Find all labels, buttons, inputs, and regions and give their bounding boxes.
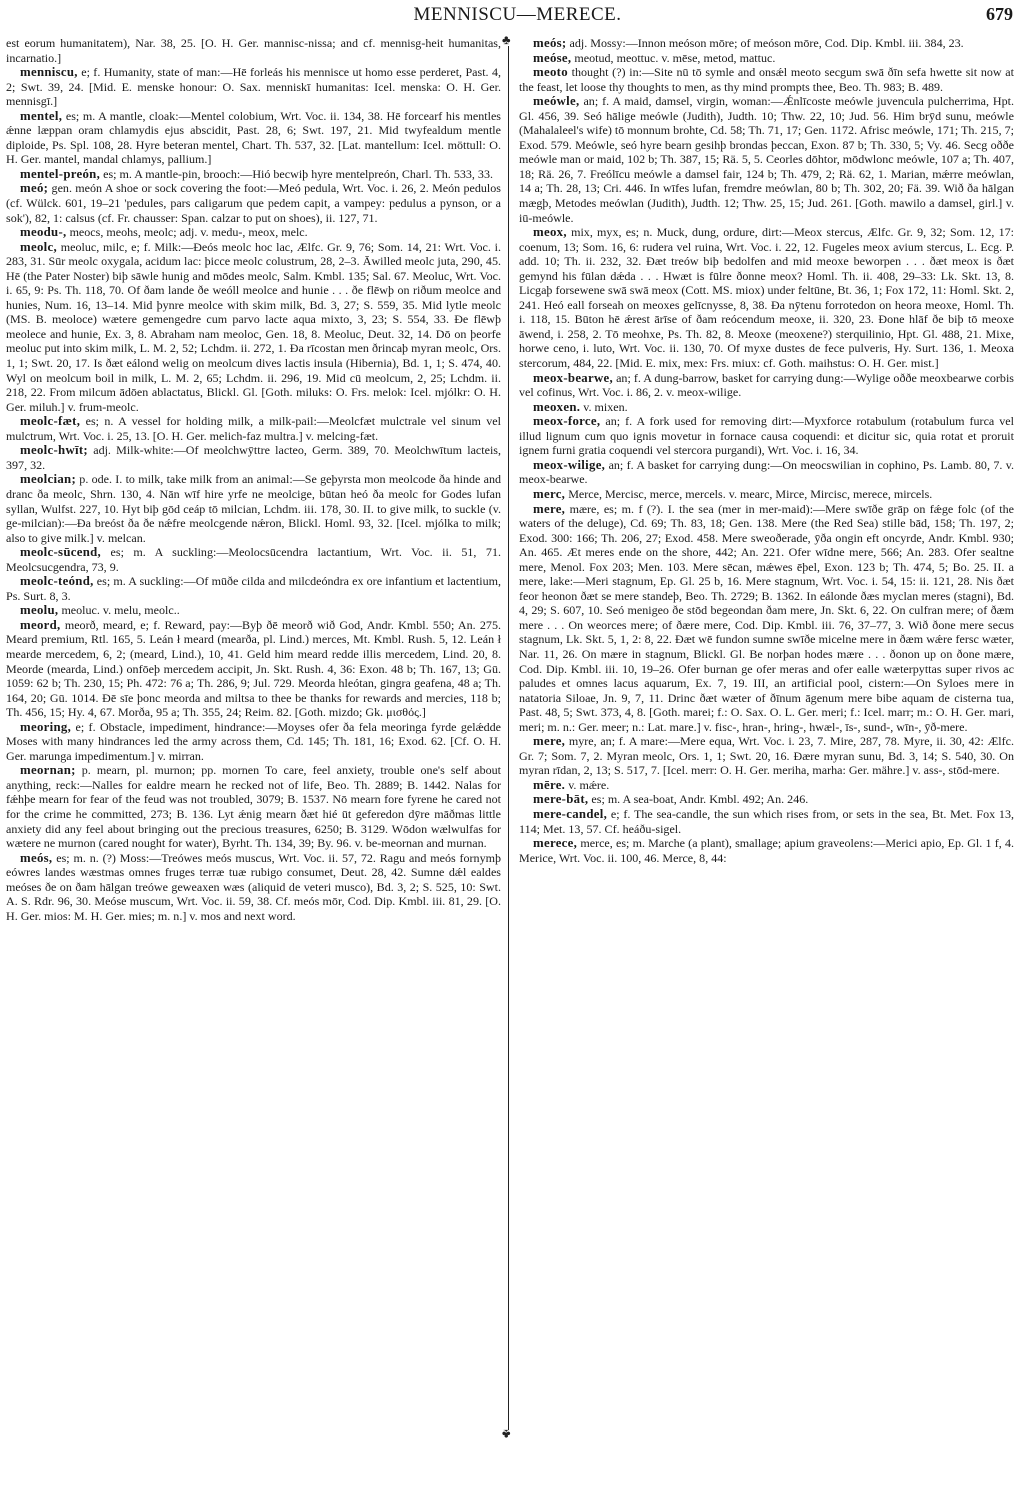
dictionary-entry: mere, myre, an; f. A mare:—Mere equa, Wr… <box>519 734 1014 778</box>
headword: meolu, <box>20 603 58 617</box>
entry-definition: an; f. A maid, damsel, virgin, woman:—Ǽn… <box>519 94 1014 224</box>
headword: merc, <box>533 487 565 501</box>
dictionary-entry: meolcian; p. ode. I. to milk, take milk … <box>6 472 501 545</box>
entry-definition: es; m. A mantle-pin, brooch:—Hió becwiþ … <box>103 167 493 181</box>
entry-definition: es; n. A vessel for holding milk, a milk… <box>6 414 501 443</box>
dictionary-entry: meox-wilige, an; f. A basket for carryin… <box>519 458 1014 487</box>
dictionary-entry: mere-bāt, es; m. A sea-boat, Andr. Kmbl.… <box>519 792 1014 807</box>
left-column: est eorum humanitatem), Nar. 38, 25. [O.… <box>6 36 501 923</box>
entry-definition: es; m. A mantle, cloak:—Mentel colobium,… <box>6 109 501 167</box>
entry-definition: p. ode. I. to milk, take milk from an an… <box>6 472 501 544</box>
entry-definition: e; f. Obstacle, impediment, hindrance:—M… <box>6 720 501 763</box>
headword: meox-wilige, <box>533 458 605 472</box>
dictionary-entry: meós; adj. Mossy:—Innon meóson mōre; of … <box>519 36 1014 51</box>
headword: meóse, <box>533 51 571 65</box>
dictionary-entry: meós, es; m. n. (?) Moss:—Treówes meós m… <box>6 851 501 924</box>
entry-definition: adj. Mossy:—Innon meóson mōre; of meóson… <box>570 36 964 50</box>
headword: meolcian; <box>20 472 76 486</box>
entry-definition: es; m. A sea-boat, Andr. Kmbl. 492; An. … <box>591 792 808 806</box>
entry-definition: mære, es; m. f (?). I. the sea (mer in m… <box>519 502 1014 734</box>
entry-definition: p. mearn, pl. murnon; pp. mornen To care… <box>6 763 501 850</box>
headword: meord, <box>20 618 61 632</box>
entry-definition: thought (?) in:—Site nū tō symle and ons… <box>519 65 1014 94</box>
dictionary-entry: meó; gen. meón A shoe or sock covering t… <box>6 181 501 225</box>
page-header: MENNISCU—MERECE. 679 <box>0 4 1035 30</box>
dictionary-entry: mere, mære, es; m. f (?). I. the sea (me… <box>519 502 1014 735</box>
dictionary-entry: meoto thought (?) in:—Site nū tō symle a… <box>519 65 1014 94</box>
dictionary-entry: meord, meorð, meard, e; f. Reward, pay:—… <box>6 618 501 720</box>
dictionary-entry: meodu-, meocs, meohs, meolc; adj. v. med… <box>6 225 501 240</box>
dictionary-entry: meolc, meoluc, milc, e; f. Milk:—Ðeós me… <box>6 240 501 415</box>
entry-definition: meocs, meohs, meolc; adj. v. medu-, meox… <box>70 225 308 239</box>
headword: meox, <box>533 225 567 239</box>
dictionary-entry: meówle, an; f. A maid, damsel, virgin, w… <box>519 94 1014 225</box>
headword: meolc-fæt, <box>20 414 80 428</box>
headword: mentel, <box>20 109 62 123</box>
headword: menniscu, <box>20 65 78 79</box>
entry-definition: v. mǽre. <box>568 778 609 792</box>
dictionary-entry: meolc-sūcend, es; m. A suckling:—Meolocs… <box>6 545 501 574</box>
dictionary-entry: meóse, meotud, meottuc. v. mēse, metod, … <box>519 51 1014 66</box>
headword: meolc-sūcend, <box>20 545 101 559</box>
headword: meós, <box>20 851 52 865</box>
headword: meolc-hwīt; <box>20 443 88 457</box>
column-divider <box>508 46 509 1430</box>
headword: mere, <box>533 502 565 516</box>
headword: meós; <box>533 36 566 50</box>
entry-definition: es; m. n. (?) Moss:—Treówes meós muscus,… <box>6 851 501 923</box>
dictionary-entry: meornan; p. mearn, pl. murnon; pp. morne… <box>6 763 501 850</box>
headword: merece, <box>533 836 577 850</box>
entry-definition: v. mixen. <box>583 400 627 414</box>
headword: mēre. <box>533 778 565 792</box>
dictionary-entry: merc, Merce, Mercisc, merce, mercels. v.… <box>519 487 1014 502</box>
entry-definition: Merce, Mercisc, merce, mercels. v. mearc… <box>568 487 932 501</box>
headword: meox-bearwe, <box>533 371 613 385</box>
headword: meó; <box>20 181 48 195</box>
dictionary-entry: mere-candel, e; f. The sea-candle, the s… <box>519 807 1014 836</box>
headword: meoxen. <box>533 400 580 414</box>
right-column: meós; adj. Mossy:—Innon meóson mōre; of … <box>519 36 1014 865</box>
entry-definition: meorð, meard, e; f. Reward, pay:—Byþ ðē … <box>6 618 501 719</box>
entry-definition: merce, es; m. Marche (a plant), smallage… <box>519 836 1014 865</box>
dictionary-entry: meox-force, an; f. A fork used for remov… <box>519 414 1014 458</box>
running-head: MENNISCU—MERECE. <box>0 4 1035 26</box>
ornament-trefoil-inverted-icon: ♣ <box>502 1428 511 1441</box>
dictionary-entry: meox-bearwe, an; f. A dung-barrow, baske… <box>519 371 1014 400</box>
headword: mere-bāt, <box>533 792 588 806</box>
dictionary-entry: meoxen. v. mixen. <box>519 400 1014 415</box>
page-number: 679 <box>986 4 1013 25</box>
dictionary-entry: mentel, es; m. A mantle, cloak:—Mentel c… <box>6 109 501 167</box>
entry-definition: myre, an; f. A mare:—Mere equa, Wrt. Voc… <box>519 734 1014 777</box>
headword: meoto <box>533 65 568 79</box>
entry-definition: meoluc, milc, e; f. Milk:—Ðeós meolc hoc… <box>6 240 501 414</box>
dictionary-entry: meolc-hwīt; adj. Milk-white:—Of meolchwȳ… <box>6 443 501 472</box>
entry-definition: meotud, meottuc. v. mēse, metod, mattuc. <box>574 51 775 65</box>
dictionary-entry: est eorum humanitatem), Nar. 38, 25. [O.… <box>6 36 501 65</box>
headword: meolc-teónd, <box>20 574 94 588</box>
entry-definition: gen. meón A shoe or sock covering the fo… <box>6 181 501 224</box>
dictionary-entry: merece, merce, es; m. Marche (a plant), … <box>519 836 1014 865</box>
headword: meox-force, <box>533 414 600 428</box>
headword: meolc, <box>20 240 57 254</box>
dictionary-entry: menniscu, e; f. Humanity, state of man:—… <box>6 65 501 109</box>
headword: meodu-, <box>20 225 67 239</box>
headword: meoring, <box>20 720 71 734</box>
dictionary-entry: meox, mix, myx, es; n. Muck, dung, ordur… <box>519 225 1014 370</box>
ornament-trefoil-icon: ♣ <box>502 33 511 46</box>
dictionary-entry: meolc-teónd, es; m. A suckling:—Of mūðe … <box>6 574 501 603</box>
headword: meówle, <box>533 94 580 108</box>
headword: meornan; <box>20 763 76 777</box>
dictionary-entry: meolc-fæt, es; n. A vessel for holding m… <box>6 414 501 443</box>
dictionary-entry: meoring, e; f. Obstacle, impediment, hin… <box>6 720 501 764</box>
dictionary-entry: meolu, meoluc. v. melu, meolc.. <box>6 603 501 618</box>
dictionary-entry: mēre. v. mǽre. <box>519 778 1014 793</box>
entry-definition: est eorum humanitatem), Nar. 38, 25. [O.… <box>6 36 501 65</box>
dictionary-entry: mentel-preón, es; m. A mantle-pin, brooc… <box>6 167 501 182</box>
headword: mere, <box>533 734 565 748</box>
headword: mentel-preón, <box>20 167 100 181</box>
headword: mere-candel, <box>533 807 607 821</box>
entry-definition: meoluc. v. melu, meolc.. <box>61 603 179 617</box>
entry-definition: mix, myx, es; n. Muck, dung, ordure, dir… <box>519 225 1014 370</box>
entry-definition: e; f. Humanity, state of man:—Hē forleás… <box>6 65 501 108</box>
